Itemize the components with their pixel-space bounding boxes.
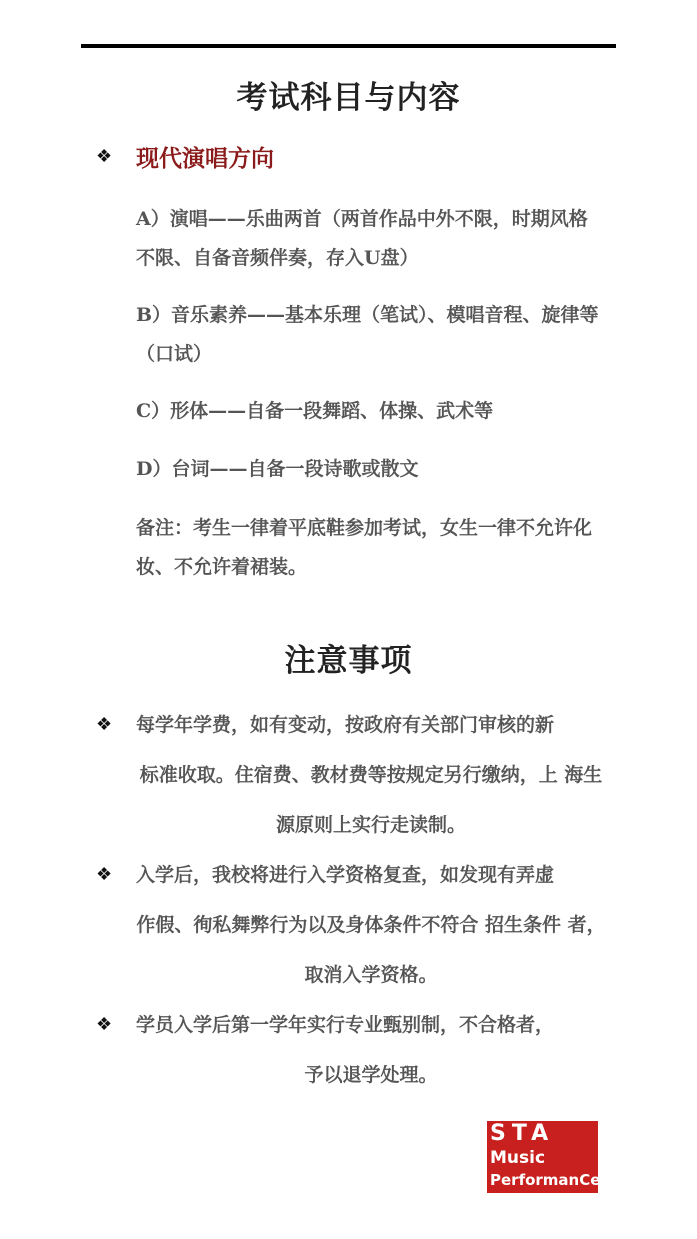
exam-note: 备注：考生一律着平底鞋参加考试，女生一律不允许化妆、不允许着裙装。 bbox=[136, 509, 606, 587]
section-title-exam: 考试科目与内容 bbox=[0, 72, 697, 117]
logo-line-performance: PerformanCe bbox=[490, 1169, 600, 1191]
notice-item: 入学后，我校将进行入学资格复查，如发现有弄虚 作假、徇私舞弊行为以及身体条件不符… bbox=[136, 850, 606, 1000]
notice-rest: 作假、徇私舞弊行为以及身体条件不符合 招生条件 者，取消入学资格。 bbox=[136, 914, 605, 986]
exam-item-d: D）台词——自备一段诗歌或散文 bbox=[136, 450, 606, 489]
notice-rest: 标准收取。住宿费、教材费等按规定另行缴纳，上 海生源原则上实行走读制。 bbox=[140, 764, 603, 836]
diamond-bullet-icon: ❖ bbox=[96, 864, 112, 885]
notice-line: 每学年学费，如有变动，按政府有关部门审核的新 bbox=[136, 700, 606, 750]
notice-rest: 予以退学处理。 bbox=[304, 1064, 437, 1086]
diamond-bullet-icon: ❖ bbox=[96, 714, 112, 735]
logo-line-sta: STA bbox=[490, 1121, 554, 1147]
exam-item-a: A）演唱——乐曲两首（两首作品中外不限，时期风格不限、自备音频伴奏，存入U盘） bbox=[136, 200, 606, 278]
subhead-modern-vocal: 现代演唱方向 bbox=[136, 140, 274, 173]
exam-item-c: C）形体——自备一段舞蹈、体操、武术等 bbox=[136, 392, 606, 431]
notice-item: 学员入学后第一学年实行专业甄别制，不合格者， 予以退学处理。 bbox=[136, 1000, 606, 1100]
logo-line-music: Music bbox=[490, 1147, 545, 1169]
exam-item-b: B）音乐素养——基本乐理（笔试）、模唱音程、旋律等（口试） bbox=[136, 296, 606, 374]
sta-logo: STA Music PerformanCe bbox=[487, 1121, 598, 1193]
section-title-notices: 注意事项 bbox=[0, 635, 697, 680]
notice-item: 每学年学费，如有变动，按政府有关部门审核的新 标准收取。住宿费、教材费等按规定另… bbox=[136, 700, 606, 850]
diamond-bullet-icon: ❖ bbox=[96, 146, 112, 167]
top-divider bbox=[81, 44, 616, 48]
notice-line: 学员入学后第一学年实行专业甄别制，不合格者， bbox=[136, 1000, 606, 1050]
notice-line: 入学后，我校将进行入学资格复查，如发现有弄虚 bbox=[136, 850, 606, 900]
diamond-bullet-icon: ❖ bbox=[96, 1014, 112, 1035]
